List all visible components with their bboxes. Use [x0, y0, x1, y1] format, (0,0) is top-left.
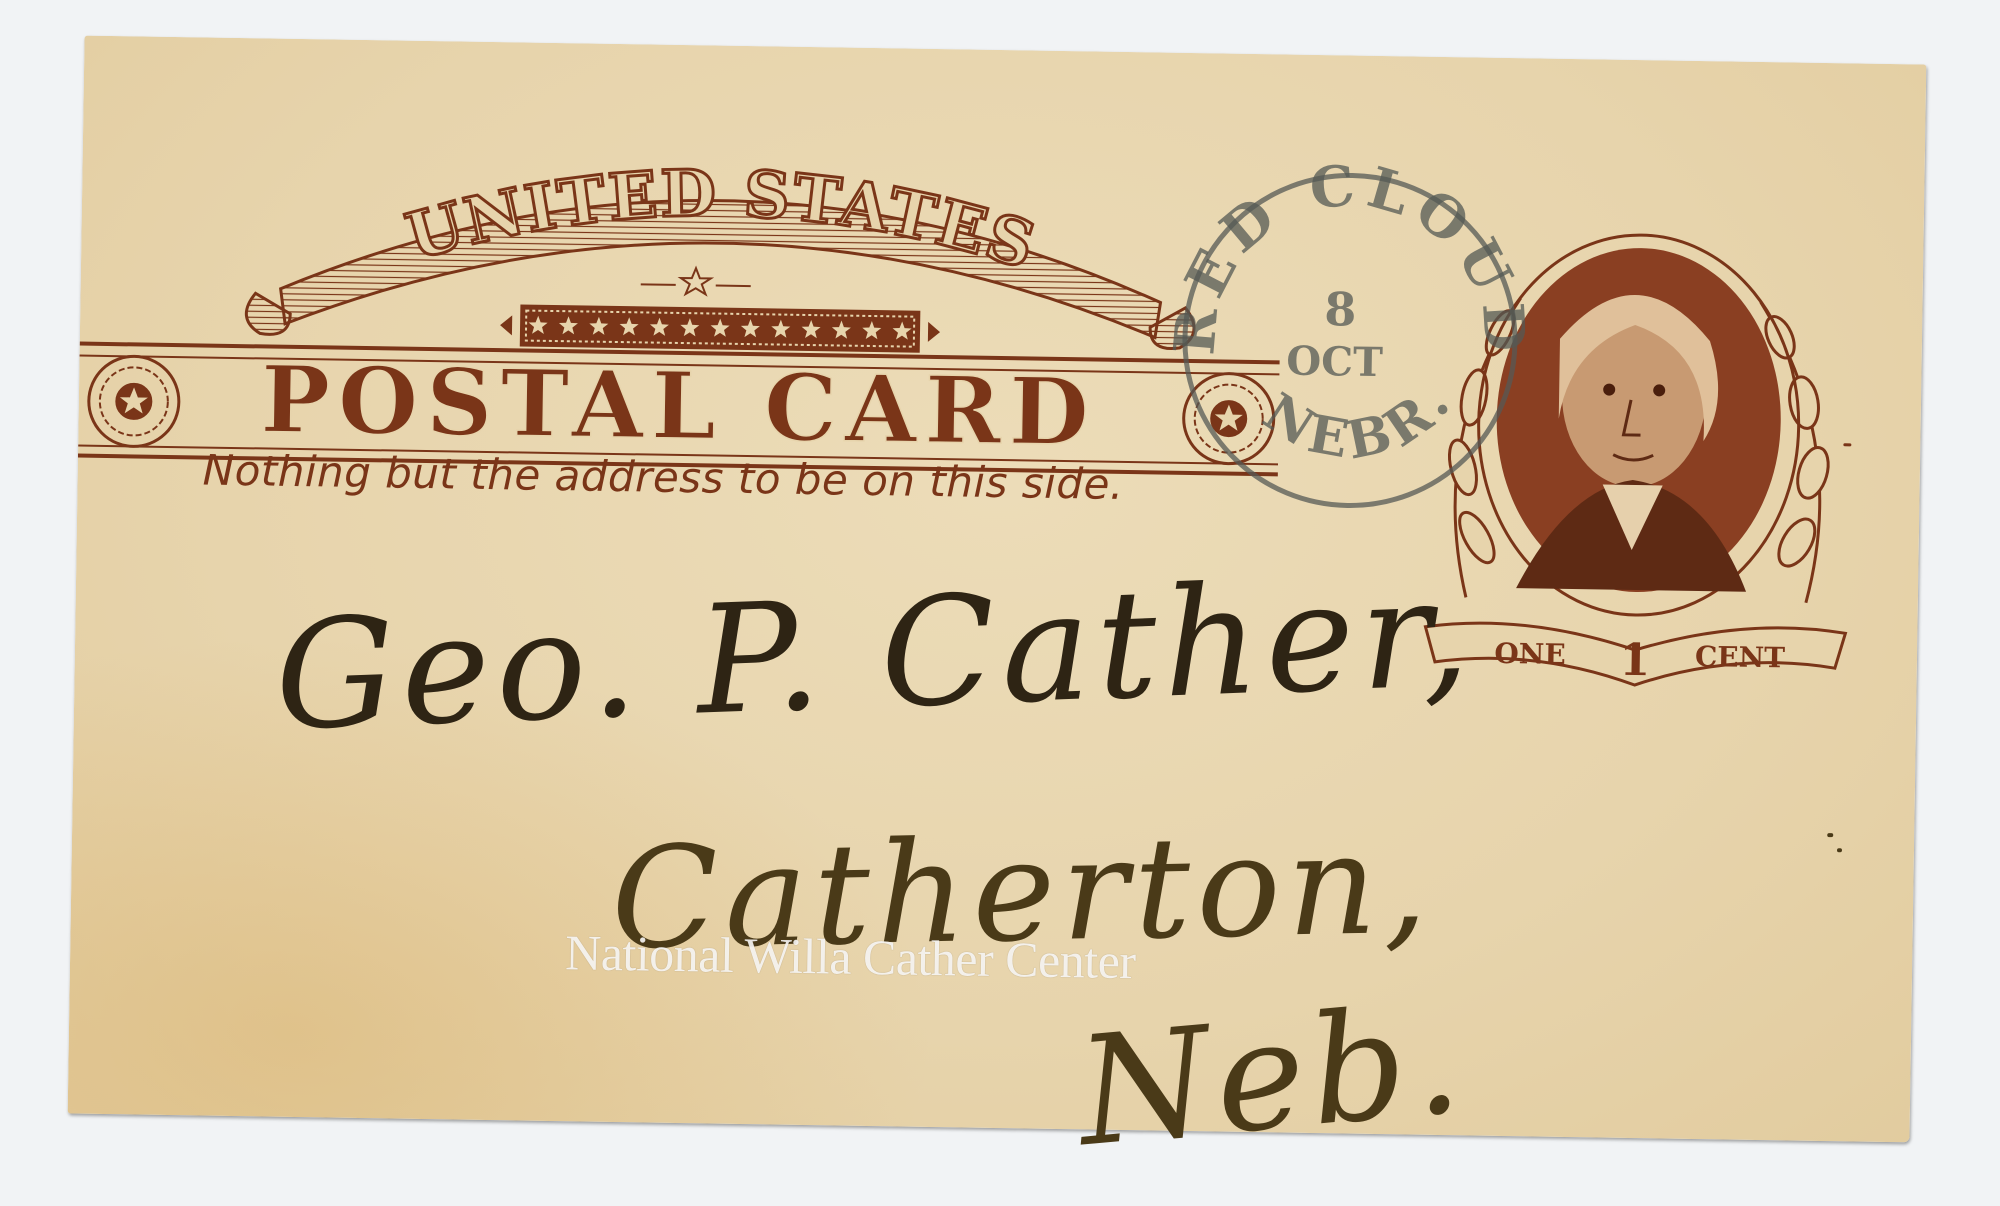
banner-one: ONE: [1494, 637, 1566, 671]
postmark-month: OCT: [1286, 338, 1383, 387]
address-line-3: Neb.: [1071, 972, 1473, 1180]
value-banner: ONE 1 CENT: [1425, 622, 1846, 689]
star-band: [500, 304, 941, 353]
red-cloud-postmark: RED CLOUD 8 OCT NEBR.: [1162, 148, 1528, 524]
star-ornament: [641, 267, 751, 295]
address-line-1: Geo. P. Cather,: [272, 546, 1478, 764]
ink-speck: [1827, 833, 1833, 837]
ink-speck: [1843, 443, 1851, 446]
postmark-day: 8: [1324, 282, 1357, 336]
rosette-left-icon: [88, 356, 179, 447]
banner-cent: CENT: [1695, 640, 1786, 674]
postal-card: UNITED STATES: [68, 36, 1927, 1143]
ink-speck: [1837, 848, 1842, 852]
banner-value: 1: [1619, 635, 1650, 686]
watermark: National Willa Cather Center: [565, 923, 1136, 990]
